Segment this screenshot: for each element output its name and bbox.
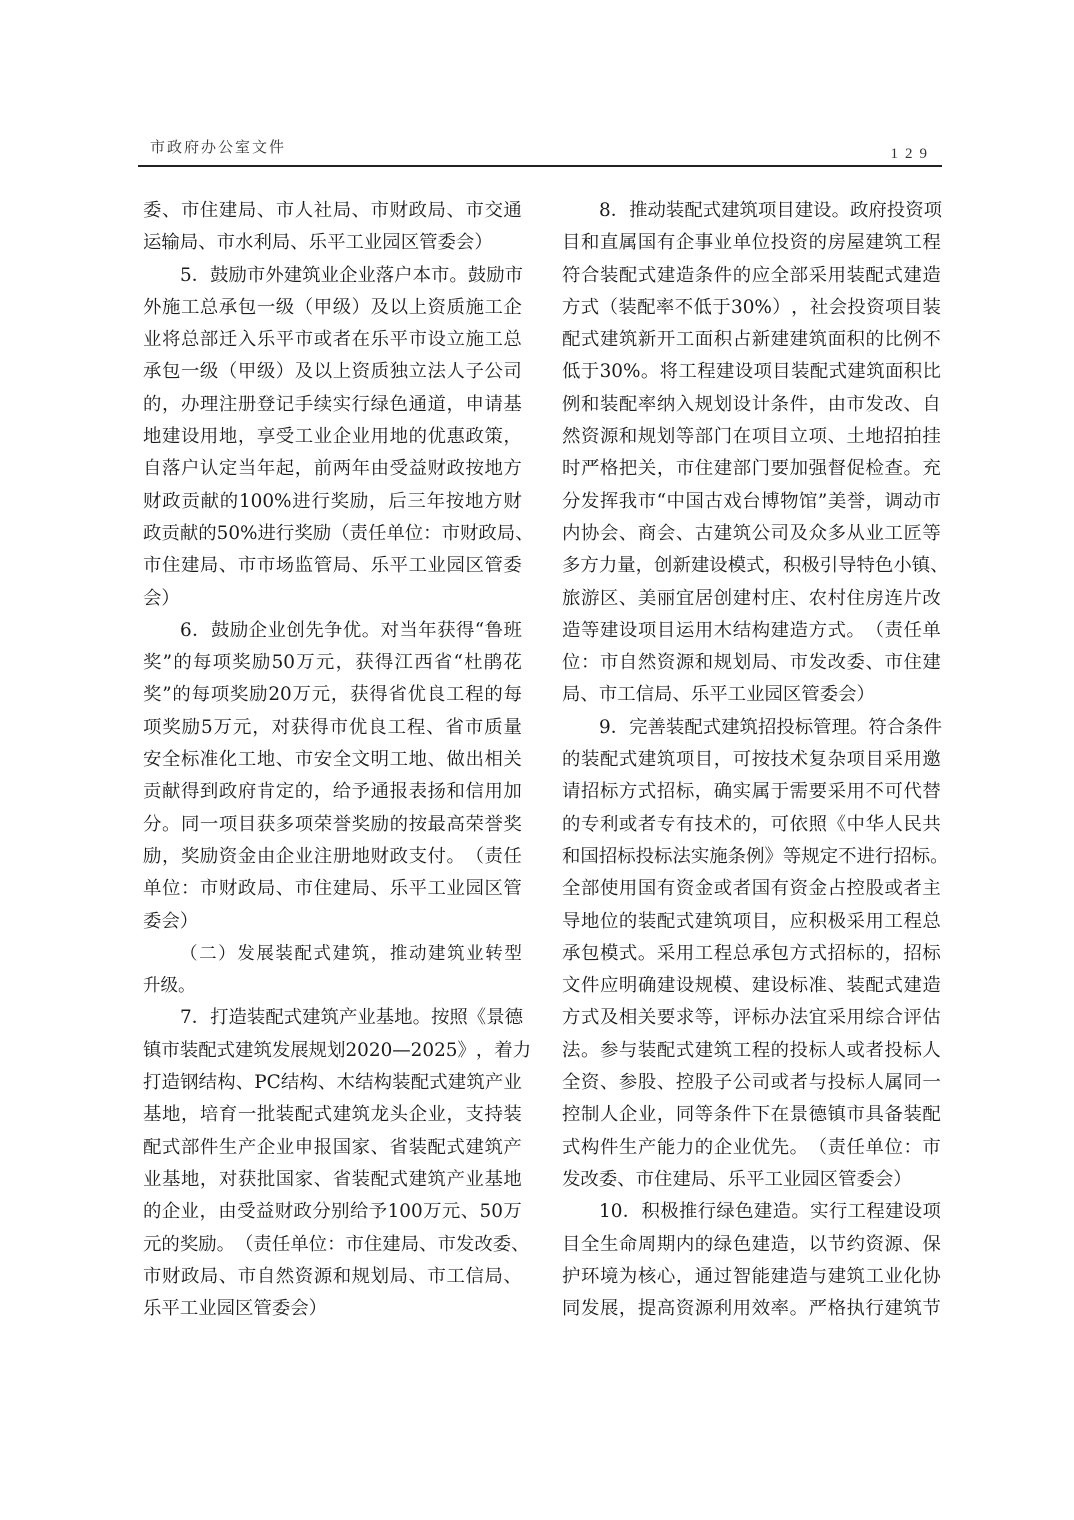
body-text-line: 请招标方式招标，确实属于需要采用不可代替 [562,776,941,808]
body-text-line: 局、市工信局、乐平工业园区管委会） [562,679,941,711]
body-text-line: 分。同一项目获多项荣誉奖励的按最高荣誉奖 [143,809,522,841]
body-text-line: 市住建局、市市场监管局、乐平工业园区管委 [143,550,522,582]
body-text-line: 5．鼓励市外建筑业企业落户本市。鼓励市 [143,260,522,292]
body-text-line: 外施工总承包一级（甲级）及以上资质施工企 [143,292,522,324]
body-text-line: 7．打造装配式建筑产业基地。按照《景德 [143,1002,522,1034]
body-text-line: 承包一级（甲级）及以上资质独立法人子公司 [143,356,522,388]
body-text-line: 奖”的每项奖励20万元，获得省优良工程的每 [143,679,522,711]
body-text-line: 和国招标投标法实施条例》等规定不进行招标。 [562,841,941,873]
body-text-line: 基地，培育一批装配式建筑龙头企业，支持装 [143,1099,522,1131]
body-text-line: 财政贡献的100%进行奖励，后三年按地方财 [143,486,522,518]
body-text-line: 发改委、市住建局、乐平工业园区管委会） [562,1164,941,1196]
body-text-line: 单位：市财政局、市住建局、乐平工业园区管 [143,873,522,905]
body-text-line: 的，办理注册登记手续实行绿色通道，申请基 [143,389,522,421]
body-text-line: 位：市自然资源和规划局、市发改委、市住建 [562,647,941,679]
body-text-line: 护环境为核心，通过智能建造与建筑工业化协 [562,1261,941,1293]
body-text-line: 全资、参股、控股子公司或者与投标人属同一 [562,1067,941,1099]
body-text-line: 安全标准化工地、市安全文明工地、做出相关 [143,744,522,776]
body-text-line: 奖”的每项奖励50万元，获得江西省“杜鹃花 [143,647,522,679]
body-text-line: 低于30%。将工程建设项目装配式建筑面积比 [562,356,941,388]
body-text-line: 的专利或者专有技术的，可依照《中华人民共 [562,809,941,841]
body-text-line: 导地位的装配式建筑项目，应积极采用工程总 [562,906,941,938]
body-text-line: 符合装配式建造条件的应全部采用装配式建造 [562,260,941,292]
left-column: 委、市住建局、市人社局、市财政局、市交通运输局、市水利局、乐平工业园区管委会）5… [143,195,522,1325]
body-text-line: 目和直属国有企事业单位投资的房屋建筑工程 [562,227,941,259]
running-header: 市政府办公室文件 129 [138,132,942,167]
body-text-line: 时严格把关，市住建部门要加强督促检查。充 [562,453,941,485]
body-text-line: 目全生命周期内的绿色建造，以节约资源、保 [562,1229,941,1261]
body-text-line: 镇市装配式建筑发展规划2020—2025》，着力 [143,1035,522,1067]
body-text-line: 旅游区、美丽宜居创建村庄、农村住房连片改 [562,583,941,615]
body-text-line: 励，奖励资金由企业注册地财政支付。（责任 [143,841,522,873]
body-text-line: 同发展，提高资源利用效率。严格执行建筑节 [562,1293,941,1325]
section-heading-line: （二）发展装配式建筑，推动建筑业转型 [143,938,522,970]
body-text-line: 配式部件生产企业申报国家、省装配式建筑产 [143,1132,522,1164]
body-text-line: 业将总部迁入乐平市或者在乐平市设立施工总 [143,324,522,356]
body-text-line: 元的奖励。（责任单位：市住建局、市发改委、 [143,1229,522,1261]
body-text-line: 贡献得到政府肯定的，给予通报表扬和信用加 [143,776,522,808]
body-text-line: 业基地，对获批国家、省装配式建筑产业基地 [143,1164,522,1196]
body-text-line: 文件应明确建设规模、建设标准、装配式建造 [562,970,941,1002]
body-text-line: 政贡献的50%进行奖励（责任单位：市财政局、 [143,518,522,550]
body-text-line: 6．鼓励企业创先争优。对当年获得“鲁班 [143,615,522,647]
section-heading-line: 升级。 [143,970,522,1002]
header-title: 市政府办公室文件 [150,136,286,157]
body-text-line: 控制人企业，同等条件下在景德镇市具备装配 [562,1099,941,1131]
body-text-line: 会） [143,583,522,615]
body-text-line: 分发挥我市“中国古戏台博物馆”美誉，调动市 [562,486,941,518]
body-text-line: 法。参与装配式建筑工程的投标人或者投标人 [562,1035,941,1067]
body-text-line: 8．推动装配式建筑项目建设。政府投资项 [562,195,941,227]
body-text-line: 市财政局、市自然资源和规划局、市工信局、 [143,1261,522,1293]
body-text-line: 多方力量，创新建设模式，积极引导特色小镇、 [562,550,941,582]
body-text-line: 乐平工业园区管委会） [143,1293,522,1325]
body-text-line: 9．完善装配式建筑招投标管理。符合条件 [562,712,941,744]
body-text-line: 全部使用国有资金或者国有资金占控股或者主 [562,873,941,905]
body-text-line: 自落户认定当年起，前两年由受益财政按地方 [143,453,522,485]
body-text-line: 造等建设项目运用木结构建造方式。（责任单 [562,615,941,647]
body-text-line: 项奖励5万元，对获得市优良工程、省市质量 [143,712,522,744]
right-column: 8．推动装配式建筑项目建设。政府投资项目和直属国有企事业单位投资的房屋建筑工程符… [562,195,941,1325]
body-text-line: 的企业，由受益财政分别给予100万元、50万 [143,1196,522,1228]
body-text-line: 式构件生产能力的企业优先。（责任单位：市 [562,1132,941,1164]
body-text-line: 地建设用地，享受工业企业用地的优惠政策， [143,421,522,453]
body-text-line: 内协会、商会、古建筑公司及众多从业工匠等 [562,518,941,550]
body-text-line: 例和装配率纳入规划设计条件，由市发改、自 [562,389,941,421]
body-text-line: 委会） [143,906,522,938]
body-text-line: 方式（装配率不低于30%），社会投资项目装 [562,292,941,324]
body-text-line: 打造钢结构、PC结构、木结构装配式建筑产业 [143,1067,522,1099]
body-text-line: 配式建筑新开工面积占新建建筑面积的比例不 [562,324,941,356]
body-text-line: 运输局、市水利局、乐平工业园区管委会） [143,227,522,259]
body-text-line: 10．积极推行绿色建造。实行工程建设项 [562,1196,941,1228]
body-text-line: 然资源和规划等部门在项目立项、土地招拍挂 [562,421,941,453]
body-text-line: 的装配式建筑项目，可按技术复杂项目采用邀 [562,744,941,776]
body-text-line: 方式及相关要求等，评标办法宜采用综合评估 [562,1002,941,1034]
body-text-line: 委、市住建局、市人社局、市财政局、市交通 [143,195,522,227]
page-number: 129 [891,146,935,163]
body-text-line: 承包模式。采用工程总承包方式招标的，招标 [562,938,941,970]
